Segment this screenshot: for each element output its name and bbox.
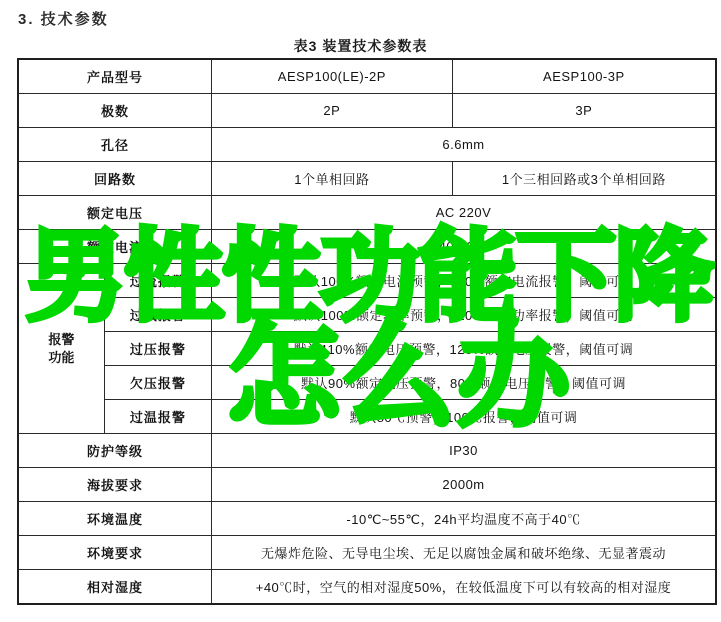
param-label: 环境要求 bbox=[18, 536, 212, 570]
table-row: 过温报警 默认80℃预警，100℃报警，阈值可调 bbox=[18, 400, 716, 434]
alarm-type-label: 过载报警 bbox=[104, 298, 211, 332]
alarm-type-label: 欠压报警 bbox=[104, 366, 211, 400]
param-label: 额定电流 bbox=[18, 230, 212, 264]
table-row: 回路数 1个单相回路 1个三相回路或3个单相回路 bbox=[18, 162, 716, 196]
param-value: 默认100%额定电流预警，110%额定电流报警，阈值可调 bbox=[212, 264, 716, 298]
param-value: 6.6mm bbox=[212, 128, 716, 162]
param-value: 40(63)A bbox=[212, 230, 716, 264]
table-row: 极数 2P 3P bbox=[18, 94, 716, 128]
table-caption: 表3 装置技术参数表 bbox=[0, 36, 721, 56]
table-row: 过压报警 默认110%额定电压预警，120%额定电压报警，阈值可调 bbox=[18, 332, 716, 366]
table-row: 额定电流 40(63)A bbox=[18, 230, 716, 264]
param-label: 海拔要求 bbox=[18, 468, 212, 502]
param-label: 防护等级 bbox=[18, 434, 212, 468]
param-value: 1个三相回路或3个单相回路 bbox=[452, 162, 716, 196]
table-row: 海拔要求 2000m bbox=[18, 468, 716, 502]
alarm-type-label: 过压报警 bbox=[104, 332, 211, 366]
param-value: -10℃~55℃，24h平均温度不高于40℃ bbox=[212, 502, 716, 536]
param-label: 产品型号 bbox=[18, 59, 212, 94]
param-value: IP30 bbox=[212, 434, 716, 468]
table-row: 防护等级 IP30 bbox=[18, 434, 716, 468]
param-value: AESP100-3P bbox=[452, 59, 716, 94]
param-value: 2P bbox=[212, 94, 453, 128]
param-value: 默认90%额定电压预警，80%额定电压报警，阈值可调 bbox=[212, 366, 716, 400]
section-heading: 3. 技术参数 bbox=[18, 8, 109, 29]
param-label: 相对湿度 bbox=[18, 570, 212, 605]
table-row: 报警功能 过流报警 默认100%额定电流预警，110%额定电流报警，阈值可调 bbox=[18, 264, 716, 298]
param-value: +40℃时，空气的相对湿度50%，在较低温度下可以有较高的相对湿度 bbox=[212, 570, 716, 605]
param-value: 默认100%额定功率预警，110%额定功率报警，阈值可调 bbox=[212, 298, 716, 332]
table-row: 额定电压 AC 220V bbox=[18, 196, 716, 230]
param-label: 环境温度 bbox=[18, 502, 212, 536]
table-row: 产品型号 AESP100(LE)-2P AESP100-3P bbox=[18, 59, 716, 94]
table-row: 欠压报警 默认90%额定电压预警，80%额定电压报警，阈值可调 bbox=[18, 366, 716, 400]
param-value: AC 220V bbox=[212, 196, 716, 230]
alarm-type-label: 过温报警 bbox=[104, 400, 211, 434]
param-value: 1个单相回路 bbox=[212, 162, 453, 196]
parameters-table: 产品型号 AESP100(LE)-2P AESP100-3P 极数 2P 3P … bbox=[17, 58, 717, 605]
param-label: 额定电压 bbox=[18, 196, 212, 230]
table-row: 过载报警 默认100%额定功率预警，110%额定功率报警，阈值可调 bbox=[18, 298, 716, 332]
table-row: 环境温度 -10℃~55℃，24h平均温度不高于40℃ bbox=[18, 502, 716, 536]
param-value: 2000m bbox=[212, 468, 716, 502]
alarm-group-label: 报警功能 bbox=[18, 264, 104, 434]
param-label: 回路数 bbox=[18, 162, 212, 196]
param-value: 3P bbox=[452, 94, 716, 128]
table-row: 孔径 6.6mm bbox=[18, 128, 716, 162]
param-value: 默认80℃预警，100℃报警，阈值可调 bbox=[212, 400, 716, 434]
table-row: 相对湿度 +40℃时，空气的相对湿度50%，在较低温度下可以有较高的相对湿度 bbox=[18, 570, 716, 605]
alarm-type-label: 过流报警 bbox=[104, 264, 211, 298]
param-value: 无爆炸危险、无导电尘埃、无足以腐蚀金属和破坏绝缘、无显著震动 bbox=[212, 536, 716, 570]
table-row: 环境要求 无爆炸危险、无导电尘埃、无足以腐蚀金属和破坏绝缘、无显著震动 bbox=[18, 536, 716, 570]
param-label: 极数 bbox=[18, 94, 212, 128]
param-value: 默认110%额定电压预警，120%额定电压报警，阈值可调 bbox=[212, 332, 716, 366]
param-label: 孔径 bbox=[18, 128, 212, 162]
param-value: AESP100(LE)-2P bbox=[212, 59, 453, 94]
